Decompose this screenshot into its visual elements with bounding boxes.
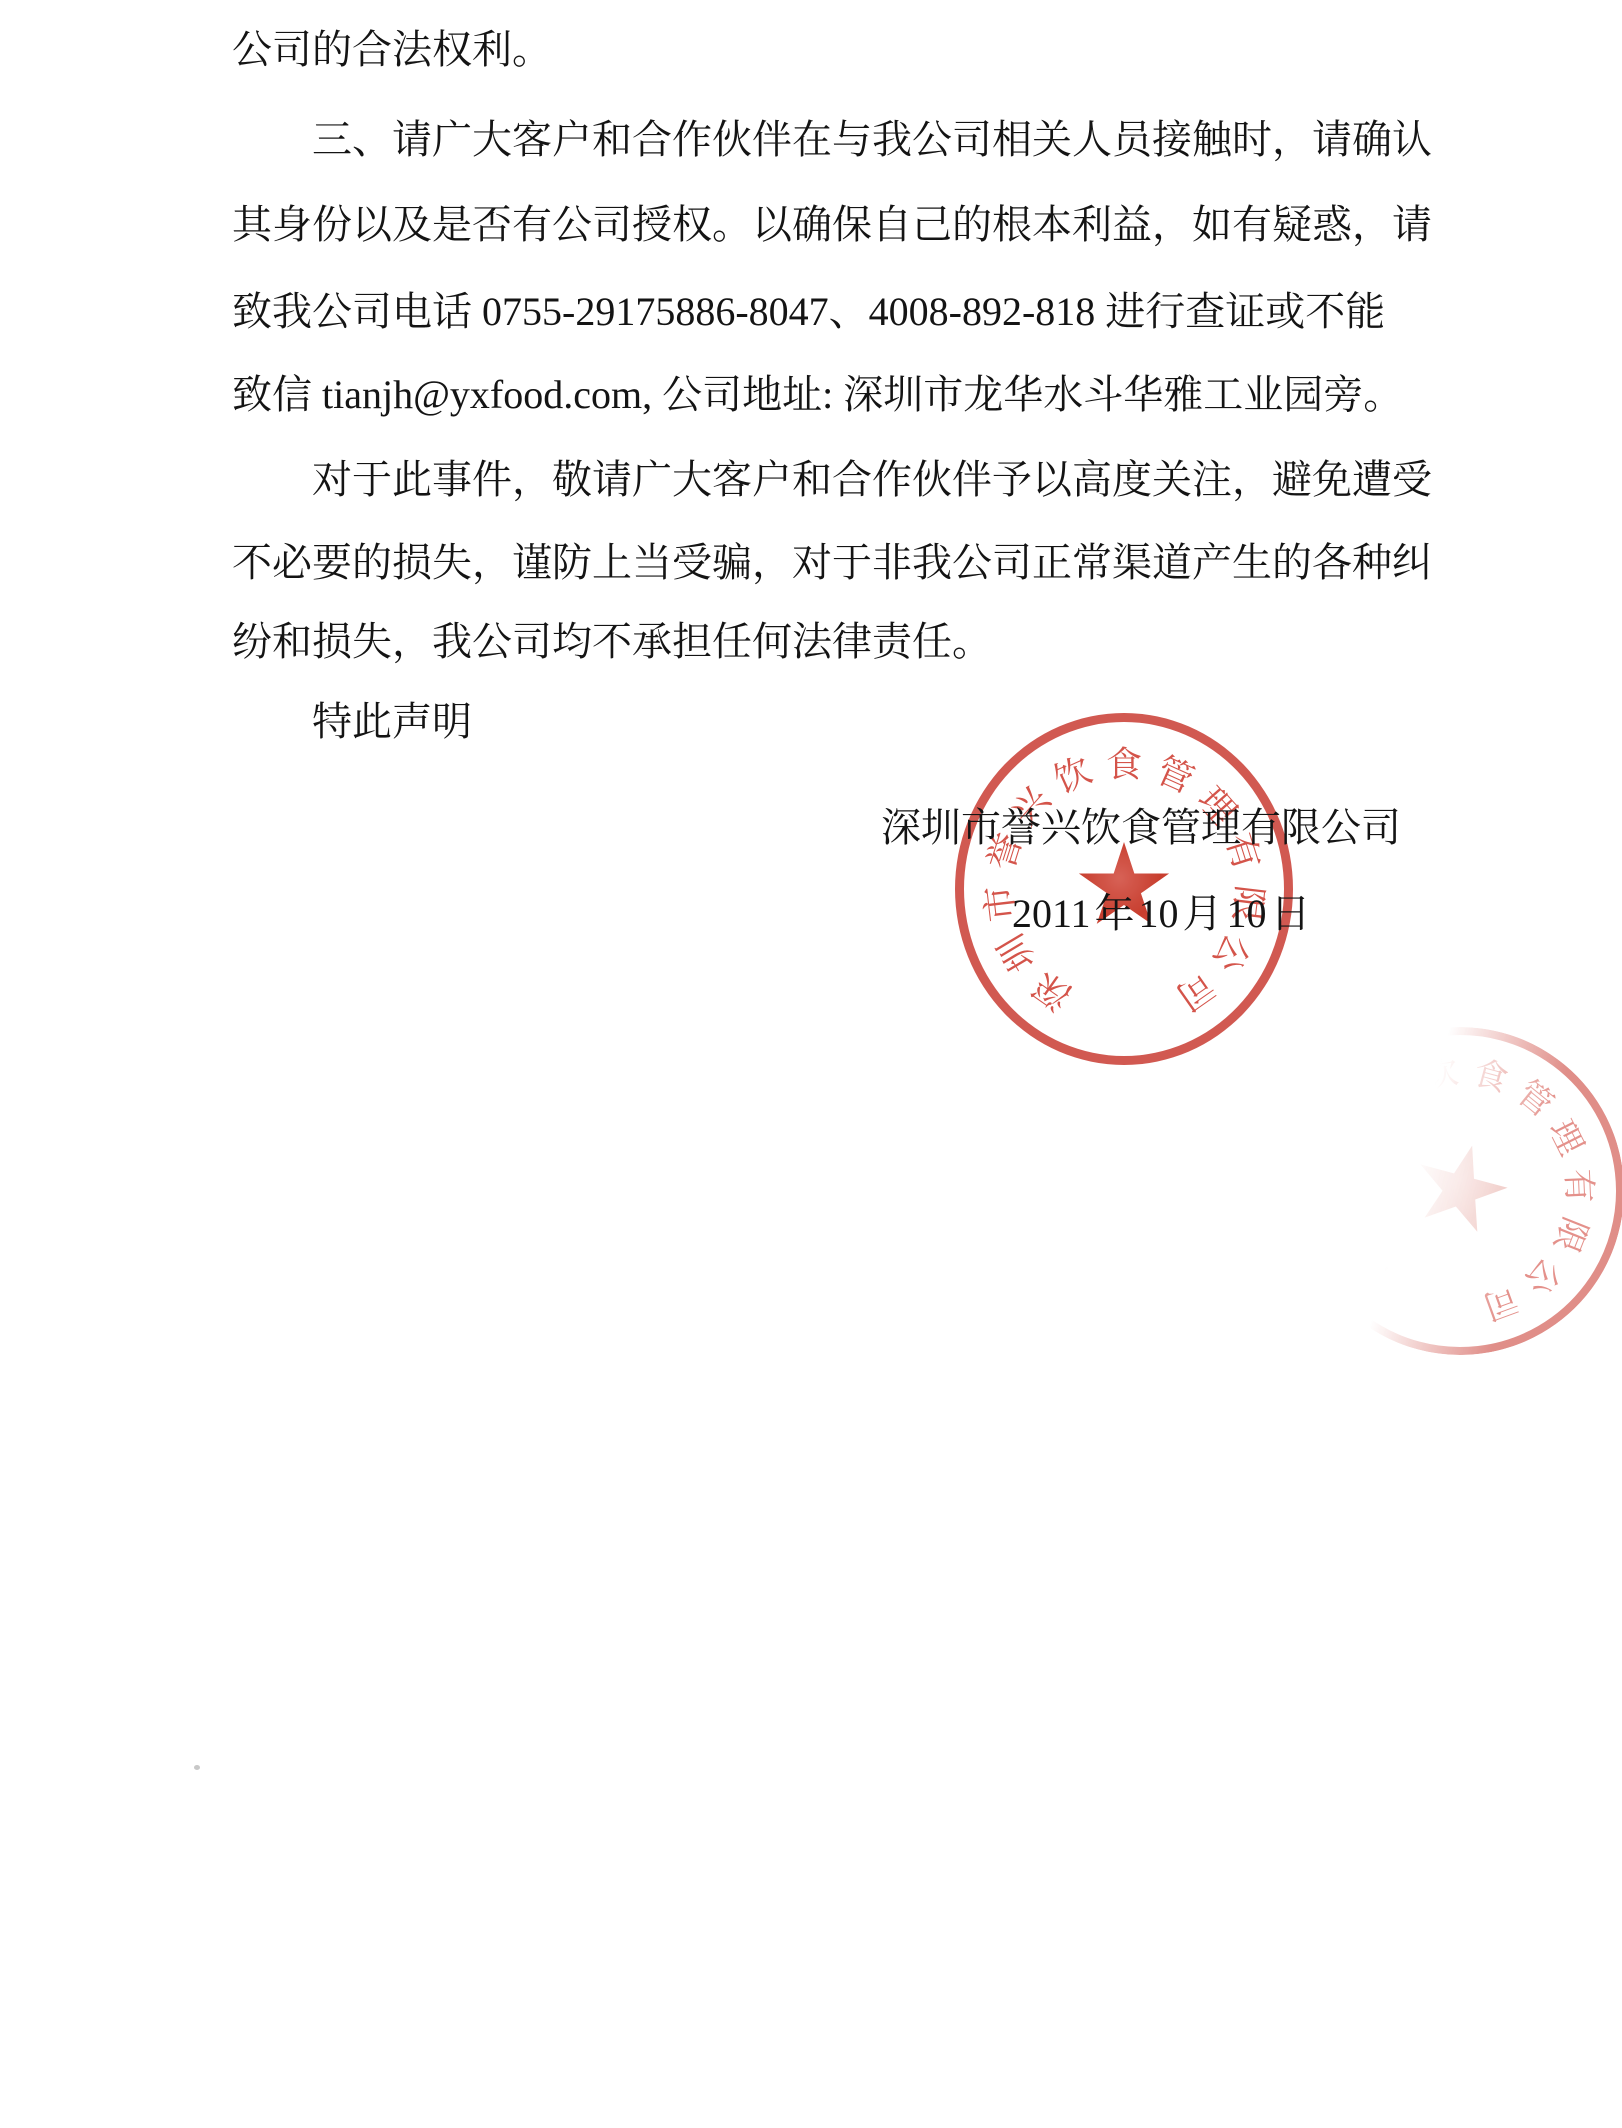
document-line: 其身份以及是否有公司授权。以确保自己的根本利益，如有疑惑，请 <box>232 203 1432 247</box>
document-line: 对于此事件，敬请广大客户和合作伙伴予以高度关注，避免遭受 <box>312 458 1432 502</box>
document-line: 致信 tianjh@yxfood.com, 公司地址: 深圳市龙华水斗华雅工业园… <box>232 373 1403 417</box>
document-line: 公司的合法权利。 <box>232 28 552 72</box>
document-page: 公司的合法权利。 三、请广大客户和合作伙伴在与我公司相关人员接触时，请确认 其身… <box>0 0 1622 2128</box>
date-line: 2011 年 10 月 10 日 <box>1012 892 1311 936</box>
scan-speck <box>194 1765 200 1770</box>
signature-line: 深圳市誉兴饮食管理有限公司 <box>881 806 1401 850</box>
document-line: 特此声明 <box>312 700 472 744</box>
document-line: 纷和损失，我公司均不承担任何法律责任。 <box>232 620 992 664</box>
document-line: 三、请广大客户和合作伙伴在与我公司相关人员接触时，请确认 <box>312 118 1432 162</box>
company-seal: 深圳市誉兴饮食管理有限公司 <box>955 713 1293 1065</box>
partial-company-seal: 深圳市誉兴饮食管理有限公司 <box>1259 990 1622 1392</box>
document-line: 致我公司电话 0755-29175886-8047、4008-892-818 进… <box>232 290 1385 334</box>
document-line: 不必要的损失，谨防上当受骗，对于非我公司正常渠道产生的各种纠 <box>232 541 1432 585</box>
